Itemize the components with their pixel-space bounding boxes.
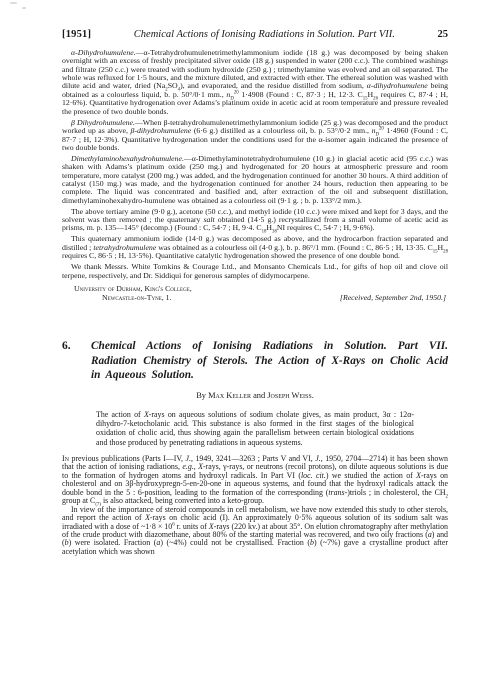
paragraph-beta-dihydrohumulene: β Dihydrohumulene.—When β-tetrahydrohumu… bbox=[62, 119, 448, 153]
intro-paragraph-2: In view of the importance of steroid com… bbox=[62, 506, 448, 557]
previous-article-experimental: α-Dihydrohumulene.—α-Tetrahydrohumulenet… bbox=[62, 49, 448, 280]
header-page-number: 25 bbox=[438, 29, 449, 41]
article-number: 6. bbox=[62, 339, 91, 383]
header-year: [1951] bbox=[62, 29, 91, 41]
affiliation-block: University of Durham, King's College, Ne… bbox=[62, 285, 448, 302]
header-running-title: Chemical Actions of Ionising Radiations … bbox=[134, 29, 395, 41]
article-title-block: 6. Chemical Actions of Ionising Radiatio… bbox=[62, 339, 448, 383]
paragraph-tertiary-amine: The above tertiary amine (9·0 g.), aceto… bbox=[62, 208, 448, 233]
intro-paragraph-1: In previous publications (Parts I—IV, J.… bbox=[62, 455, 448, 506]
article-byline: By Max Keller and Joseph Weiss. bbox=[62, 391, 448, 401]
page-content: [1951] Chemical Actions of Ionising Radi… bbox=[62, 29, 448, 556]
paragraph-acknowledgement: We thank Messrs. White Tomkins & Courage… bbox=[62, 263, 448, 280]
paragraph-dimethylaminohexahydrohumulene: Dimethylaminohexahydrohumulene.—α-Dimeth… bbox=[62, 155, 448, 205]
journal-page: [1951] Chemical Actions of Ionising Radi… bbox=[0, 0, 500, 696]
running-head: [1951] Chemical Actions of Ionising Radi… bbox=[62, 29, 448, 41]
article: 6. Chemical Actions of Ionising Radiatio… bbox=[62, 339, 448, 556]
article-introduction: In previous publications (Parts I—IV, J.… bbox=[62, 455, 448, 557]
scan-speck bbox=[22, 7, 26, 9]
paragraph-quaternary-ammonium-iodide: This quaternary ammonium iodide (14·0 g.… bbox=[62, 235, 448, 260]
scan-speck bbox=[10, 2, 17, 4]
paragraph-alpha-dihydrohumulene: α-Dihydrohumulene.—α-Tetrahydrohumulenet… bbox=[62, 49, 448, 116]
article-abstract: The action of X-rays on aqueous solution… bbox=[96, 410, 414, 447]
received-date: [Received, September 2nd, 1950.] bbox=[340, 294, 446, 303]
article-title: Chemical Actions of Ionising Radiations … bbox=[91, 339, 448, 383]
